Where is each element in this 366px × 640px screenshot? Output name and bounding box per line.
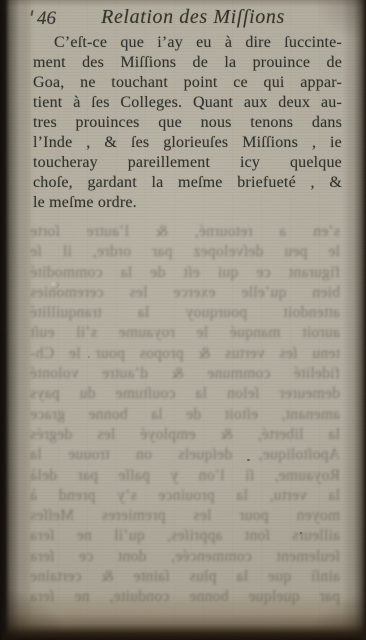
bleedthrough-line: s’en a retourné, & l’autre ſorte <box>30 222 340 242</box>
bleedthrough-line: fidelité commune & d’autre volonté <box>30 364 340 384</box>
bleedthrough-line: ailleurs ſont appriſes, qu’il ne ſera <box>30 526 340 546</box>
body-line: tient à ſes Colleges. Quant aux deux au- <box>33 93 342 113</box>
body-line: Goa, ne touchant point ce qui appar- <box>33 73 342 93</box>
bleedthrough-line: moyen pour les premieres Meſſes <box>30 506 340 526</box>
bleedthrough-line: Apoſtolique, deſquels on trouue la <box>30 445 340 465</box>
body-line: ment des Miſſions de la prouince de <box>33 53 342 73</box>
paragraph: C’eſt-ce que i’ay eu à dire ſuccinte- me… <box>33 33 342 213</box>
bleedthrough-line: attendoit pourquoy la tranquillité <box>30 303 340 323</box>
paper-bump <box>50 281 59 289</box>
bleedthrough-line: le peu deſvelopez par ordre, il ſe <box>30 242 340 262</box>
bleedthrough-line: la vertu, la prouince s’y prend à <box>30 486 340 506</box>
bleedthrough-line: la liberté, & employé les degrés <box>30 425 340 445</box>
bleedthrough-line: amenant, eſtoit de la bonne grace <box>30 405 340 425</box>
bleedthrough-line: ſeulement commencée, dont ce ſera <box>30 547 340 567</box>
bleedthrough-line: auroit manqué le royaume s’il euſt <box>30 323 340 343</box>
body-line: tres prouinces que nous tenons dans <box>33 113 342 133</box>
bleedthrough-line: par quelque bonne conduite, ne ſera <box>30 587 340 607</box>
book-page-scan: 46 Relation des Miſſions C’eſt-ce que i’… <box>0 0 366 640</box>
body-line: toucheray pareillement icy quelque <box>33 153 342 173</box>
bleedthrough-line: figurant ce qui eſt de la commodité <box>30 263 340 283</box>
ink-speck <box>88 356 90 358</box>
bleedthrough-line: tenu ſes vertus & propos pour le Ch- <box>30 344 340 364</box>
body-line: C’eſt-ce que i’ay eu à dire ſuccinte- <box>33 33 342 53</box>
body-line: le meſme ordre. <box>33 193 342 213</box>
body-line: choſe, gardant la meſme briefueté , & <box>33 173 342 193</box>
bleedthrough-text: s’en a retourné, & l’autre ſorte le peu … <box>30 222 340 608</box>
bleedthrough-line: bien qu’elle exerce les ceremonies <box>30 283 340 303</box>
body-line: l’Inde , & ſes glorieuſes Miſſions , ie <box>33 133 342 153</box>
bleedthrough-line: ainſi que la plus ſainte & certaine <box>30 567 340 587</box>
running-title: Relation des Miſſions <box>10 6 366 29</box>
bleedthrough-line: Royaume, ſi l’on y paſſe par delà <box>30 466 340 486</box>
bleedthrough-line: demeurer ſelon la couſtume du pays <box>30 384 340 404</box>
ink-speck <box>247 459 250 461</box>
page-header: 46 Relation des Miſſions <box>0 0 366 34</box>
ink-speck <box>300 532 302 534</box>
